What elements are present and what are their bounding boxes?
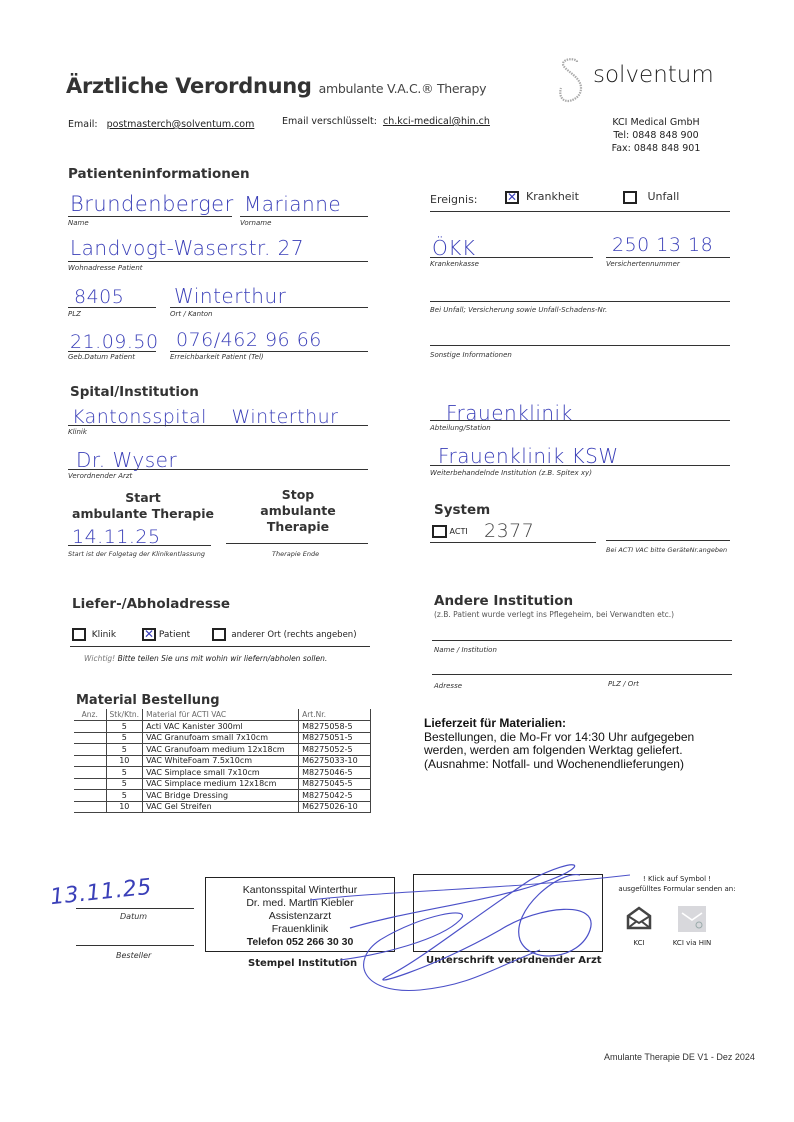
stop-title-line2: ambulante Therapie — [228, 503, 368, 535]
send-kci-label: KCI — [626, 939, 652, 947]
brand-name: solventum — [593, 62, 714, 88]
send-kci-button[interactable]: KCI — [626, 906, 652, 947]
patient-address-label: Wohnadresse Patient — [68, 264, 143, 272]
patient-address-field[interactable]: Landvogt-Waserstr. 27 — [70, 236, 304, 260]
patient-name-field[interactable]: Brundenberger — [70, 192, 234, 216]
section-title-patient: Patienteninformationen — [68, 166, 250, 182]
other-plz-label: PLZ / Ort — [608, 680, 639, 688]
weiterbehandelnde-label: Weiterbehandelnde Institution (z.B. Spit… — [430, 469, 592, 477]
material-stk-cell: 5 — [106, 767, 143, 779]
delivery-time-info: Lieferzeit für Materialien: Bestellungen… — [424, 717, 694, 771]
material-name-cell: VAC Granufoam medium 12x18cm — [143, 744, 299, 756]
patient-plz-field[interactable]: 8405 — [74, 286, 124, 308]
email-row: Email: postmasterch@solventum.com — [68, 119, 254, 130]
material-name-cell: VAC Simplace small 7x10cm — [143, 767, 299, 779]
material-artnr-cell: M8275052-5 — [299, 744, 371, 756]
material-anz-cell[interactable] — [74, 790, 106, 802]
send-kci-hin-button[interactable]: KCI via HIN — [672, 906, 712, 947]
delivery-klinik-checkbox[interactable] — [72, 628, 86, 641]
versichertennummer-field[interactable]: 250 13 18 — [612, 234, 713, 256]
signature-date-label: Datum — [120, 912, 147, 921]
material-row: 10VAC WhiteFoam 7.5x10cmM6275033-10 — [74, 755, 371, 767]
patient-plz-label: PLZ — [68, 310, 81, 318]
company-tel: Tel: 0848 848 900 — [591, 129, 721, 142]
material-name-cell: VAC Simplace medium 12x18cm — [143, 778, 299, 790]
start-therapy-title: Start ambulante Therapie — [68, 490, 218, 522]
section-title-delivery: Liefer-/Abholadresse — [72, 596, 230, 612]
section-title-other-institution: Andere Institution — [434, 593, 573, 609]
other-institution-hint: (z.B. Patient wurde verlegt ins Pflegehe… — [434, 610, 674, 619]
delivery-note-prefix: Wichtig! — [84, 654, 115, 663]
material-name-cell: Acti VAC Kanister 300ml — [143, 721, 299, 733]
patient-birthdate-label: Geb.Datum Patient — [68, 353, 135, 361]
delivery-time-line2: werden, werden am folgenden Werktag geli… — [424, 744, 694, 758]
delivery-time-title: Lieferzeit für Materialien: — [424, 717, 694, 731]
send-hint: ! Klick auf Symbol ! ausgefülltes Formul… — [612, 874, 742, 894]
material-artnr-cell: M8275058-5 — [299, 721, 371, 733]
material-stk-cell: 5 — [106, 778, 143, 790]
event-label: Ereignis: — [430, 193, 478, 206]
material-row: 5VAC Bridge DressingM8275042-5 — [74, 790, 371, 802]
patient-ort-label: Ort / Kanton — [170, 310, 212, 318]
material-table-wrap: Anz. Stk/Ktn. Material für ACTI VAC Art.… — [74, 709, 371, 813]
footer-version: Amulante Therapie DE V1 - Dez 2024 — [604, 1052, 755, 1062]
material-row: 5VAC Granufoam medium 12x18cmM8275052-5 — [74, 744, 371, 756]
patient-ort-field[interactable]: Winterthur — [174, 284, 286, 308]
sonstige-label: Sonstige Informationen — [430, 351, 512, 359]
material-anz-cell[interactable] — [74, 721, 106, 733]
stop-title-line1: Stop — [228, 487, 368, 503]
unfall-checkbox[interactable] — [623, 191, 637, 204]
acti-label: ACTI — [450, 527, 468, 536]
material-row: 5VAC Granufoam small 7x10cmM8275051-5 — [74, 732, 371, 744]
solventum-s-icon — [555, 56, 589, 104]
material-artnr-cell: M6275033-10 — [299, 755, 371, 767]
email-encrypted-label: Email verschlüsselt: — [282, 116, 377, 127]
delivery-patient-label: Patient — [159, 630, 190, 640]
signature-scribble-icon — [300, 860, 630, 1000]
send-hint-line1: ! Klick auf Symbol ! — [612, 874, 742, 884]
start-title-line1: Start — [68, 490, 218, 506]
material-name-cell: VAC Granufoam small 7x10cm — [143, 732, 299, 744]
col-anz: Anz. — [74, 709, 106, 721]
material-table: Anz. Stk/Ktn. Material für ACTI VAC Art.… — [74, 709, 371, 813]
material-stk-cell: 10 — [106, 801, 143, 813]
device-hint-label: Bei ACTI VAC bitte GeräteNr.angeben — [606, 546, 727, 554]
start-title-line2: ambulante Therapie — [68, 506, 218, 522]
brand-logo: solventum — [555, 56, 745, 106]
acti-option[interactable]: ACTI — [432, 525, 468, 538]
abteilung-label: Abteilung/Station — [430, 424, 491, 432]
delivery-patient-checkbox[interactable] — [142, 628, 156, 641]
other-address-label: Adresse — [434, 682, 462, 690]
arzt-label: Verordnender Arzt — [68, 472, 132, 480]
material-anz-cell[interactable] — [74, 755, 106, 767]
material-name-cell: VAC WhiteFoam 7.5x10cm — [143, 755, 299, 767]
company-contact: KCI Medical GmbH Tel: 0848 848 900 Fax: … — [591, 116, 721, 155]
company-fax: Fax: 0848 848 901 — [591, 142, 721, 155]
material-stk-cell: 5 — [106, 732, 143, 744]
email-encrypted-link[interactable]: ch.kci-medical@hin.ch — [383, 116, 490, 127]
material-stk-cell: 5 — [106, 721, 143, 733]
therapy-start-label: Start ist der Folgetag der Klinikentlass… — [68, 550, 205, 558]
envelope-open-icon — [626, 906, 652, 930]
unfall-versicherung-label: Bei Unfall; Versicherung sowie Unfall-Sc… — [430, 306, 607, 314]
material-artnr-cell: M8275046-5 — [299, 767, 371, 779]
delivery-option-other[interactable]: anderer Ort (rechts angeben) — [212, 628, 357, 641]
event-option-unfall[interactable]: Unfall — [623, 190, 679, 204]
patient-vorname-field[interactable]: Marianne — [244, 192, 341, 216]
material-stk-cell: 5 — [106, 744, 143, 756]
material-row: 5VAC Simplace medium 12x18cmM8275045-5 — [74, 778, 371, 790]
send-hint-line2: ausgefülltes Formular senden an: — [612, 884, 742, 894]
patient-phone-field[interactable]: 076/462 96 66 — [176, 329, 322, 351]
section-title-institution: Spital/Institution — [70, 384, 199, 400]
col-artnr: Art.Nr. — [299, 709, 371, 721]
delivery-other-checkbox[interactable] — [212, 628, 226, 641]
material-name-cell: VAC Gel Streifen — [143, 801, 299, 813]
patient-phone-label: Erreichbarkeit Patient (Tel) — [170, 353, 264, 361]
subtitle-text: ambulante V.A.C.® Therapy — [319, 81, 487, 96]
email-encrypted-row: Email verschlüsselt: ch.kci-medical@hin.… — [282, 116, 490, 127]
title-text: Ärztliche Verordnung — [66, 74, 312, 98]
material-anz-cell[interactable] — [74, 732, 106, 744]
delivery-option-patient[interactable]: Patient — [142, 628, 190, 641]
device-number-field[interactable]: 2377 — [484, 520, 534, 542]
therapy-stop-label: Therapie Ende — [272, 550, 319, 558]
material-stk-cell: 10 — [106, 755, 143, 767]
delivery-time-line3: (Ausnahme: Notfall- und Wochenendlieferu… — [424, 758, 694, 772]
patient-vorname-label: Vorname — [240, 219, 271, 227]
versichertennummer-label: Versichertennummer — [606, 260, 680, 268]
material-artnr-cell: M8275045-5 — [299, 778, 371, 790]
material-anz-cell[interactable] — [74, 744, 106, 756]
material-anz-cell[interactable] — [74, 767, 106, 779]
material-row: 10VAC Gel StreifenM6275026-10 — [74, 801, 371, 813]
signature-date-field[interactable]: 13.11.25 — [49, 875, 153, 911]
delivery-time-line1: Bestellungen, die Mo-Fr vor 14:30 Uhr au… — [424, 731, 694, 745]
email-label: Email: — [68, 119, 98, 130]
col-stk: Stk/Ktn. — [106, 709, 143, 721]
material-artnr-cell: M6275026-10 — [299, 801, 371, 813]
material-row: 5VAC Simplace small 7x10cmM8275046-5 — [74, 767, 371, 779]
krankheit-checkbox[interactable] — [505, 191, 519, 204]
delivery-other-label: anderer Ort (rechts angeben) — [231, 630, 356, 640]
patient-name-label: Name — [68, 219, 89, 227]
email-link[interactable]: postmasterch@solventum.com — [107, 119, 255, 130]
krankheit-label: Krankheit — [526, 190, 579, 203]
section-title-system: System — [434, 502, 490, 518]
material-anz-cell[interactable] — [74, 801, 106, 813]
material-artnr-cell: M8275042-5 — [299, 790, 371, 802]
section-title-material: Material Bestellung — [76, 693, 220, 708]
delivery-option-klinik[interactable]: Klinik — [72, 628, 116, 641]
delivery-note-text: Bitte teilen Sie uns mit wohin wir liefe… — [118, 654, 328, 663]
patient-birthdate-field[interactable]: 21.09.50 — [70, 331, 159, 353]
event-option-krankheit[interactable]: Krankheit — [505, 190, 579, 204]
delivery-klinik-label: Klinik — [92, 630, 116, 640]
klinik-label: Klinik — [68, 428, 87, 436]
col-material: Material für ACTI VAC — [143, 709, 299, 721]
krankenkasse-label: Krankenkasse — [430, 260, 479, 268]
send-kci-hin-label: KCI via HIN — [672, 939, 712, 947]
besteller-label: Besteller — [116, 951, 151, 960]
delivery-note: Wichtig! Bitte teilen Sie uns mit wohin … — [84, 654, 327, 663]
material-name-cell: VAC Bridge Dressing — [143, 790, 299, 802]
envelope-hin-icon — [678, 906, 706, 932]
material-anz-cell[interactable] — [74, 778, 106, 790]
material-table-header: Anz. Stk/Ktn. Material für ACTI VAC Art.… — [74, 709, 371, 721]
material-row: 5Acti VAC Kanister 300mlM8275058-5 — [74, 721, 371, 733]
company-name: KCI Medical GmbH — [591, 116, 721, 129]
other-name-label: Name / Institution — [434, 646, 497, 654]
stop-therapy-title: Stop ambulante Therapie — [228, 487, 368, 535]
material-artnr-cell: M8275051-5 — [299, 732, 371, 744]
abteilung-field[interactable]: Frauenklinik — [446, 401, 573, 425]
material-stk-cell: 5 — [106, 790, 143, 802]
page-title: Ärztliche Verordnung ambulante V.A.C.® T… — [66, 74, 486, 98]
acti-checkbox[interactable] — [432, 525, 447, 538]
unfall-label: Unfall — [648, 190, 680, 203]
